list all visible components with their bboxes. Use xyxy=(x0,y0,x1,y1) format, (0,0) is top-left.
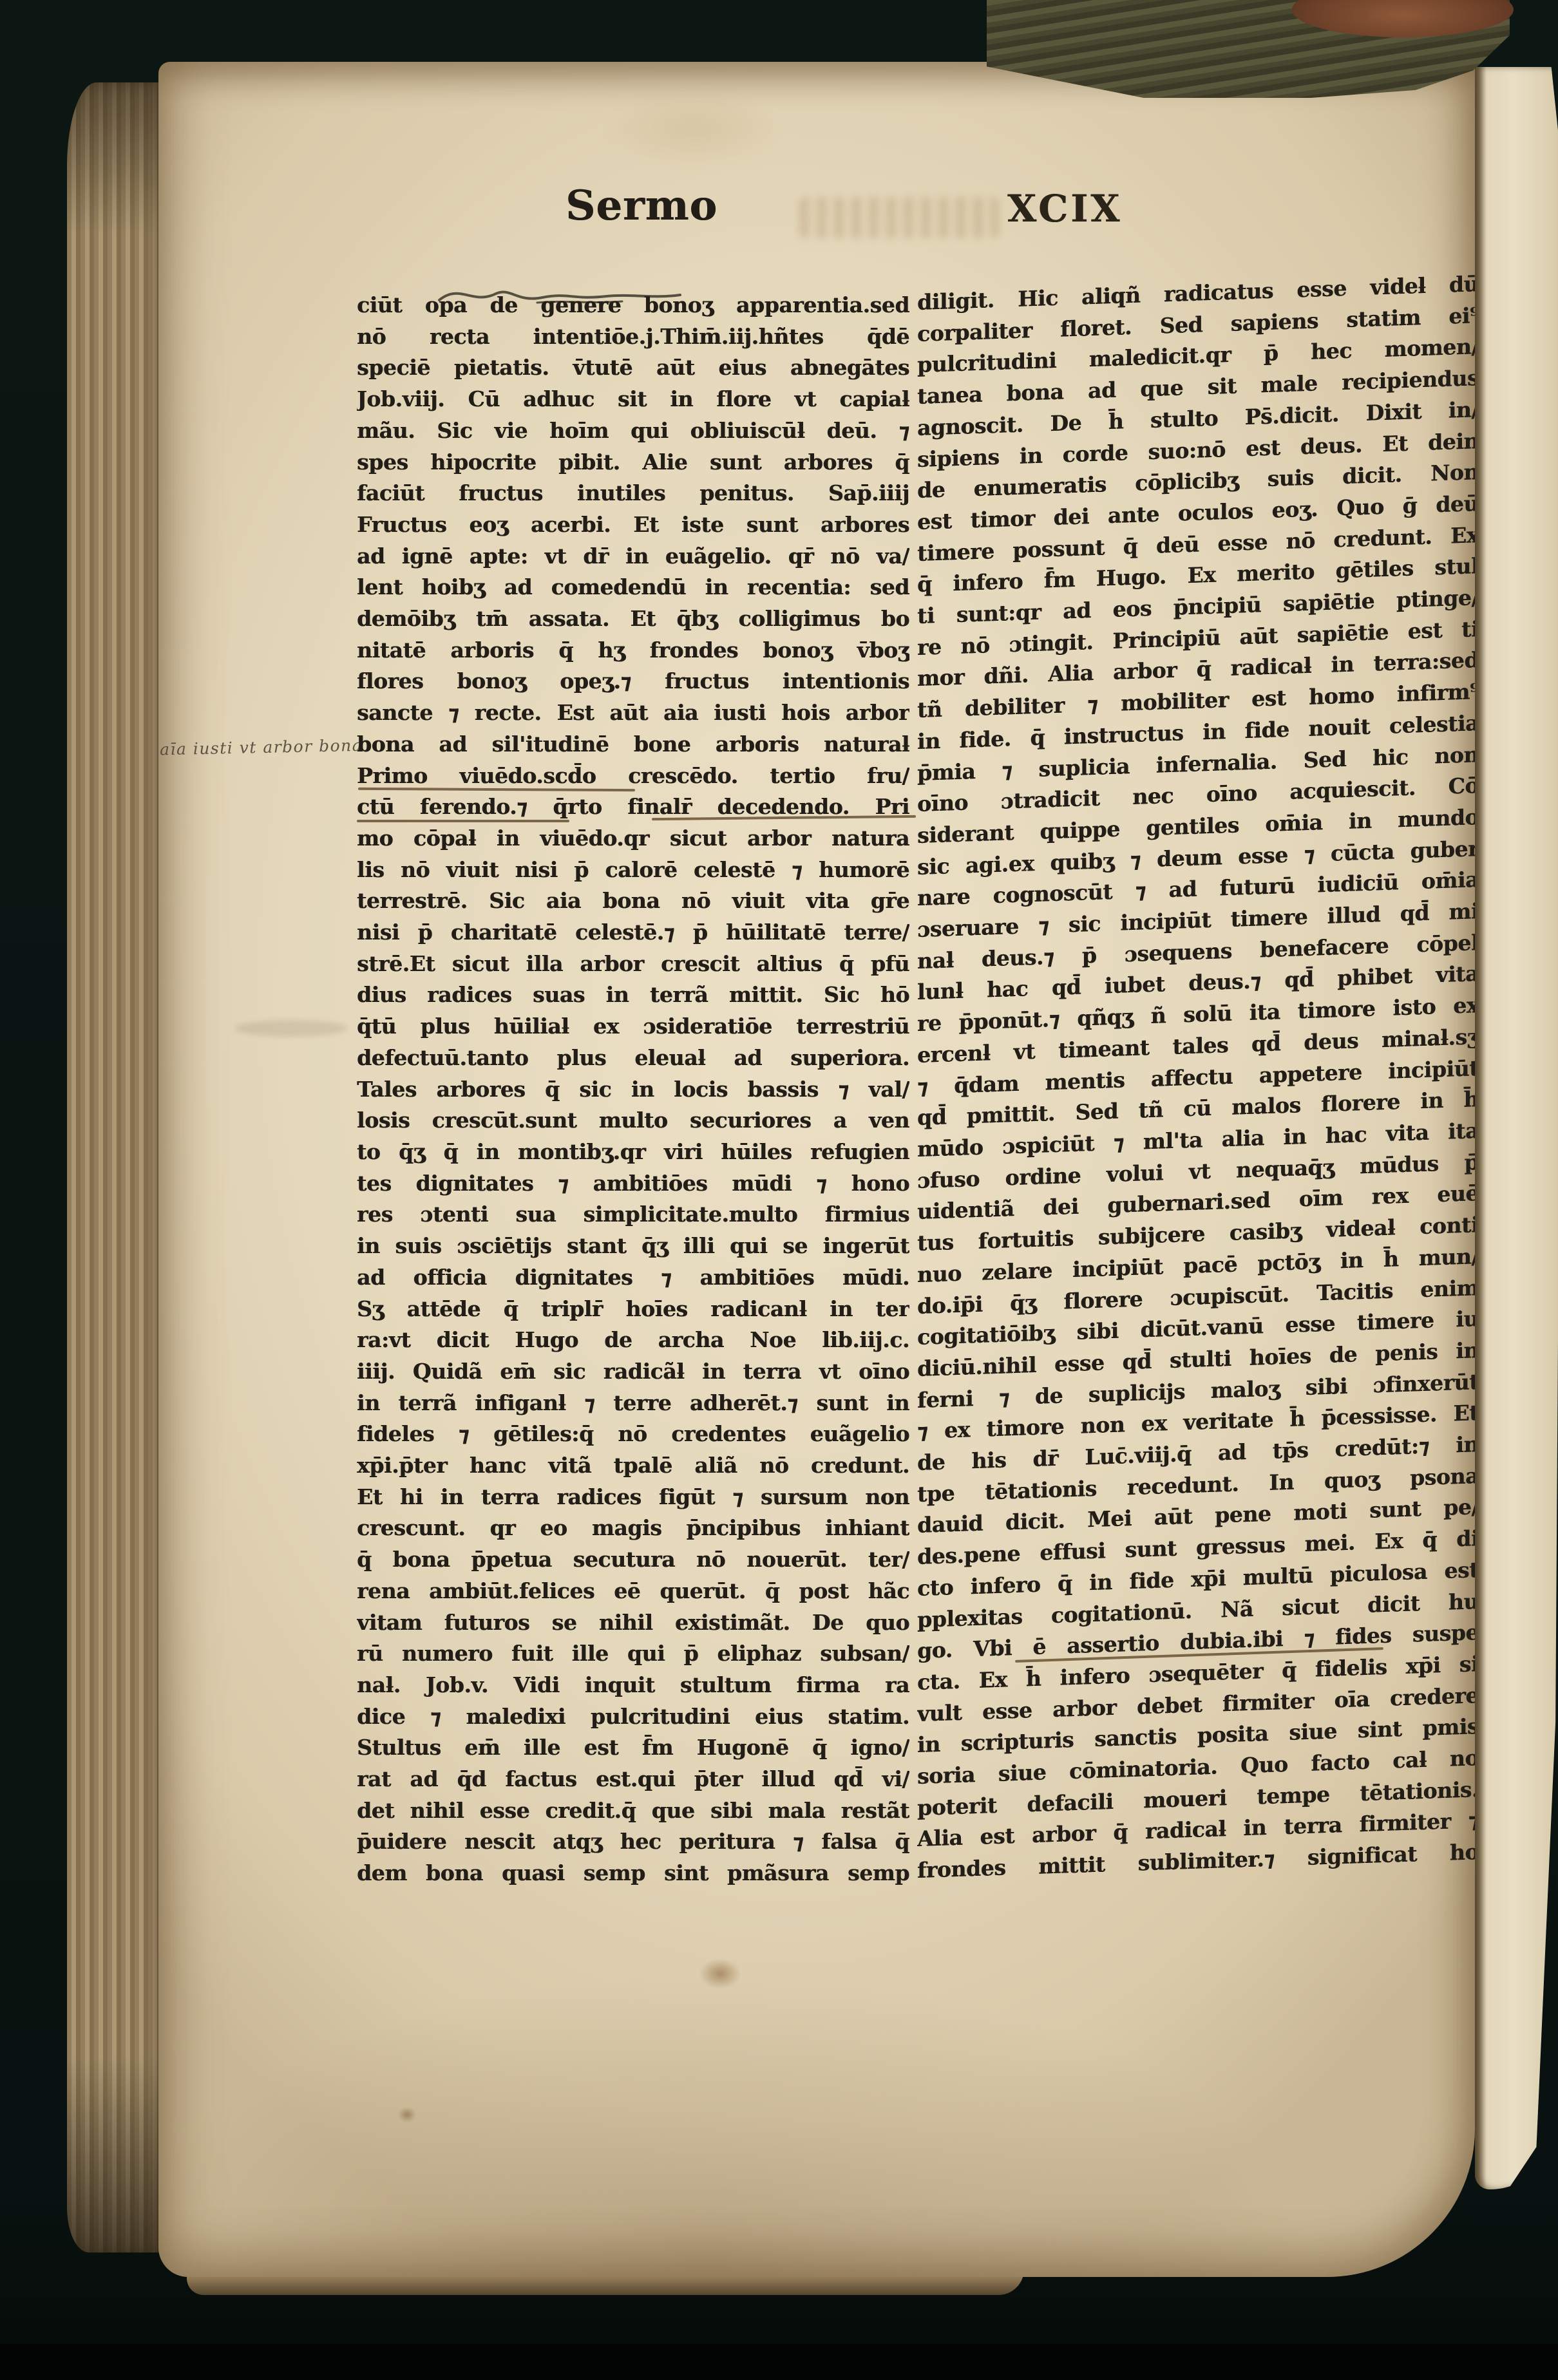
text-line: demōibʒ tm̄ assata. Et q̄bʒ colligimus b… xyxy=(357,603,909,635)
text-line: spes hipocrite pibit. Alie sunt arbores … xyxy=(357,447,909,478)
text-line: losis crescūt.sunt multo securiores a ve… xyxy=(357,1105,909,1137)
text-line: naƚ. Job.v. Vidi inquit stultum firma ra xyxy=(357,1670,909,1701)
text-line: Et hi in terra radices figūt ⁊ sursum no… xyxy=(357,1482,909,1513)
foxing-stain xyxy=(699,1959,741,1988)
text-line: q̄tū plus hūiliaƚ ex ɔsideratiōe terrest… xyxy=(357,1011,909,1043)
text-line: Job.viij. Cū adhuc sit in flore vt capia… xyxy=(357,384,909,415)
handwritten-marginal-note: aīa iusti vt arbor bona xyxy=(160,736,366,759)
foxing-stain xyxy=(603,90,783,167)
text-line: p̄uidere nescit atqʒ hec peritura ⁊ fals… xyxy=(357,1826,909,1858)
text-line: strē.Et sicut illa arbor crescit altius … xyxy=(357,949,909,980)
text-line: flores bonoʒ opeʒ.⁊ fructus intentionis xyxy=(357,666,909,697)
text-column-left: ciūt opa de genere bonoʒ apparentia.sedn… xyxy=(357,290,909,1889)
text-line: Fructus eoʒ acerbi. Et iste sunt arbores xyxy=(357,509,909,541)
text-line: lent hoibʒ ad comedendū in recentia: sed xyxy=(357,572,909,603)
text-line: lis nō viuit nisi p̄ calorē celestē ⁊ hu… xyxy=(357,855,909,886)
scan-background-bottom xyxy=(0,2344,1558,2380)
text-line: rū numero fuit ille qui p̄ eliphaz subsa… xyxy=(357,1638,909,1670)
folio-number: XCIX xyxy=(1007,187,1122,231)
text-line: dem bona quasi semp sint pmãsura semp xyxy=(357,1858,909,1889)
text-line: res ɔtenti sua simplicitate.multo firmiu… xyxy=(357,1199,909,1231)
text-line: sancte ⁊ recte. Est aūt aia iusti hois a… xyxy=(357,697,909,729)
text-line: crescunt. qr eo magis p̄ncipibus inhiant xyxy=(357,1513,909,1544)
text-line: faciūt fructus inutiles penitus. Sap̄.ii… xyxy=(357,478,909,509)
text-line: xp̄i.p̄ter hanc vitã tpalē aliã nō credu… xyxy=(357,1450,909,1482)
next-page-fore-edge xyxy=(1475,67,1558,2189)
text-line: ciūt opa de genere bonoʒ apparentia.sed xyxy=(357,290,909,321)
text-column-right: diligit. Hic aliqñ radicatus esse videƚ … xyxy=(917,269,1479,1887)
text-line: Stultus em̄ ille est f̄m Hugonē q̄ igno/ xyxy=(357,1732,909,1764)
text-line: tes dignitates ⁊ ambitiōes mūdi ⁊ hono xyxy=(357,1168,909,1200)
text-line: in suis ɔsciētijs stant q̄ʒ illi qui se … xyxy=(357,1231,909,1262)
text-line: nō recta intentiōe.j.Thim̄.iij.hñtes q̄d… xyxy=(357,321,909,353)
text-line: rena ambiūt.felices eē querūt. q̄ post h… xyxy=(357,1576,909,1607)
reader-ink-underline xyxy=(357,820,569,822)
ink-bleedthrough xyxy=(799,197,999,238)
faint-ink-smudge xyxy=(234,1020,348,1037)
text-line: terrestrē. Sic aia bona nō viuit vita gr… xyxy=(357,885,909,917)
text-line: ad officia dignitates ⁊ ambitiōes mūdi. xyxy=(357,1262,909,1294)
text-line: dice ⁊ maledixi pulcritudini eius statim… xyxy=(357,1701,909,1733)
text-line: q̄ bona p̄petua secutura nō nouerūt. ter… xyxy=(357,1544,909,1576)
text-line: nisi p̄ charitatē celestē.⁊ p̄ hūilitatē… xyxy=(357,917,909,949)
book-scan: Sermo XCIX aīa iusti vt arbor bona ciūt … xyxy=(0,0,1558,2380)
text-line: det nihil esse credit.q̄ que sibi mala r… xyxy=(357,1795,909,1827)
text-line: fideles ⁊ gētiles:q̄ nō credentes euãgel… xyxy=(357,1419,909,1450)
previous-page-edges xyxy=(67,82,165,2252)
book-page: Sermo XCIX aīa iusti vt arbor bona ciūt … xyxy=(158,62,1475,2277)
foxing-stain xyxy=(398,2107,416,2122)
text-line: nitatē arboris q̄ hʒ frondes bonoʒ v̄boʒ xyxy=(357,635,909,666)
text-line: mãu. Sic vie hoīm qui obliuiscūƚ deū. ⁊ xyxy=(357,415,909,447)
text-line: speciē pietatis. v̄tutē aūt eius abnegāt… xyxy=(357,352,909,384)
text-line: Sʒ attēde q̄ triplr̄ hoīes radicanƚ in t… xyxy=(357,1294,909,1325)
text-line: to q̄ʒ q̄ in montibʒ.qr viri hūiles refu… xyxy=(357,1137,909,1168)
text-line: Tales arbores q̄ sic in locis bassis ⁊ v… xyxy=(357,1074,909,1106)
running-title: Sermo xyxy=(565,182,717,230)
text-line: Primo viuēdo.scd̄o crescēdo. tertio fru/ xyxy=(357,760,909,792)
text-line: ra:vt dicit Hugo de archa Noe lib.iij.c. xyxy=(357,1325,909,1356)
text-line: rat ad q̄d factus est.qui p̄ter illud qd… xyxy=(357,1764,909,1795)
text-line: in terrã infiganƚ ⁊ terre adherēt.⁊ sunt… xyxy=(357,1388,909,1419)
text-line: ad ignē apte: vt dr̄ in euãgelio. qr̄ nō… xyxy=(357,541,909,572)
text-line: defectuū.tanto plus eleuaƚ ad superiora. xyxy=(357,1043,909,1074)
text-line: iiij. Quidã em̄ sic radicãƚ in terra vt … xyxy=(357,1356,909,1388)
text-line: dius radices suas in terrã mittit. Sic h… xyxy=(357,979,909,1011)
text-line: vitam futuros se nihil existimãt. De quo xyxy=(357,1607,909,1639)
text-line: mo cōpaƚ in viuēdo.qr sicut arbor natura xyxy=(357,823,909,855)
text-line: bona ad sil'itudinē bone arboris naturaƚ xyxy=(357,729,909,760)
